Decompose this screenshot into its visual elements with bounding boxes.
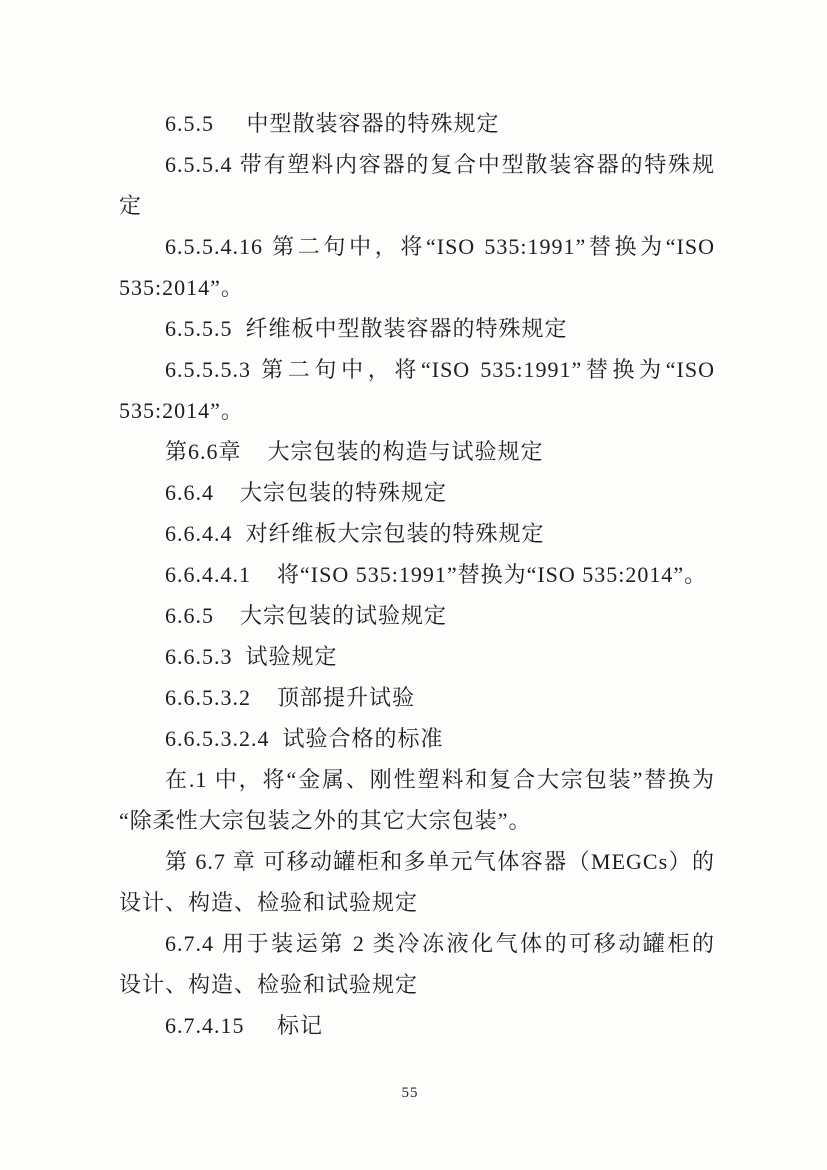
- text-line: 设计、构造、检验和试验规定: [119, 882, 715, 923]
- text-line: 定: [119, 185, 715, 226]
- text-line: 6.7.4.15 标记: [119, 1005, 715, 1046]
- text-line: 6.6.4.4.1 将“ISO 535:1991”替换为“ISO 535:201…: [119, 554, 715, 595]
- text-line: 设计、构造、检验和试验规定: [119, 964, 715, 1005]
- text-line: 在.1 中，将“金属、刚性塑料和复合大宗包装”替换为: [119, 759, 715, 800]
- text-line: 6.6.4 大宗包装的特殊规定: [119, 472, 715, 513]
- text-line: 535:2014”。: [119, 267, 715, 308]
- text-line: 6.6.5.3 试验规定: [119, 636, 715, 677]
- text-line: 6.5.5.5 纤维板中型散装容器的特殊规定: [119, 308, 715, 349]
- text-line: 第6.6章 大宗包装的构造与试验规定: [119, 431, 715, 472]
- text-line: 6.5.5 中型散装容器的特殊规定: [119, 103, 715, 144]
- text-line: 6.6.5 大宗包装的试验规定: [119, 595, 715, 636]
- page-number: 55: [0, 1085, 820, 1102]
- text-line: 535:2014”。: [119, 390, 715, 431]
- text-line: 6.6.5.3.2.4 试验合格的标准: [119, 718, 715, 759]
- text-line: 6.6.5.3.2 顶部提升试验: [119, 677, 715, 718]
- text-block: 6.5.5 中型散装容器的特殊规定6.5.5.4 带有塑料内容器的复合中型散装容…: [119, 103, 715, 1046]
- text-line: 第 6.7 章 可移动罐柜和多单元气体容器（MEGCs）的: [119, 841, 715, 882]
- text-line: 6.6.4.4 对纤维板大宗包装的特殊规定: [119, 513, 715, 554]
- text-line: 6.5.5.5.3 第二句中，将“ISO 535:1991”替换为“ISO: [119, 349, 715, 390]
- document-page: 6.5.5 中型散装容器的特殊规定6.5.5.4 带有塑料内容器的复合中型散装容…: [0, 0, 827, 1170]
- text-line: 6.5.5.4.16 第二句中，将“ISO 535:1991”替换为“ISO: [119, 226, 715, 267]
- text-line: 6.7.4 用于装运第 2 类冷冻液化气体的可移动罐柜的: [119, 923, 715, 964]
- text-line: “除柔性大宗包装之外的其它大宗包装”。: [119, 800, 715, 841]
- text-line: 6.5.5.4 带有塑料内容器的复合中型散装容器的特殊规: [119, 144, 715, 185]
